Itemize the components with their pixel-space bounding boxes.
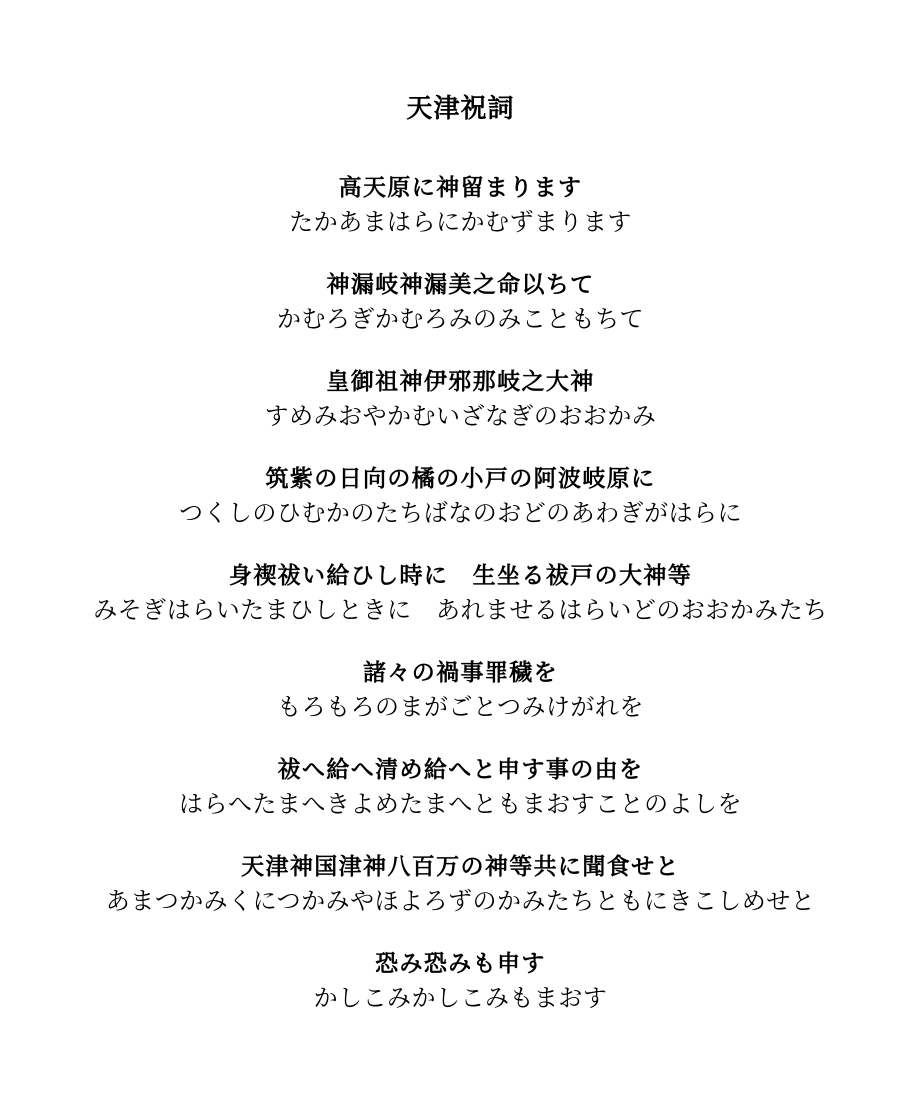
stanza: 天津神国津神八百万の神等共に聞食せと あまつかみくにつかみやほよろずのかみたちと… [0,850,921,918]
document-page: 天津祝詞 高天原に神留まります たかあまはらにかむずまります 神漏岐神漏美之命以… [0,0,921,1100]
stanza-kanji-line: 神漏岐神漏美之命以ちて [0,268,921,302]
stanza: 祓へ給へ清め給へと申す事の由を はらへたまへきよめたまへともまおすことのよしを [0,753,921,821]
stanza-kanji-line: 祓へ給へ清め給へと申す事の由を [0,753,921,787]
stanza-reading-line: もろもろのまがごとつみけがれを [0,690,921,724]
stanza-reading-line: たかあまはらにかむずまります [0,205,921,239]
stanza: 皇御祖神伊邪那岐之大神 すめみおやかむいざなぎのおおかみ [0,365,921,433]
stanza-kanji-line: 恐み恐みも申す [0,947,921,981]
stanza: 恐み恐みも申す かしこみかしこみもまおす [0,947,921,1015]
stanza-kanji-line: 高天原に神留まります [0,171,921,205]
stanza-reading-line: はらへたまへきよめたまへともまおすことのよしを [0,787,921,821]
stanza-kanji-line: 天津神国津神八百万の神等共に聞食せと [0,850,921,884]
stanza-kanji-line: 身禊祓い給ひし時に 生坐る祓戸の大神等 [0,559,921,593]
stanza: 高天原に神留まります たかあまはらにかむずまります [0,171,921,239]
stanza-reading-line: つくしのひむかのたちばなのおどのあわぎがはらに [0,496,921,530]
stanza-kanji-line: 皇御祖神伊邪那岐之大神 [0,365,921,399]
stanza: 筑紫の日向の橘の小戸の阿波岐原に つくしのひむかのたちばなのおどのあわぎがはらに [0,462,921,530]
stanza-reading-line: すめみおやかむいざなぎのおおかみ [0,399,921,433]
stanza-reading-line: かしこみかしこみもまおす [0,981,921,1015]
stanza-kanji-line: 筑紫の日向の橘の小戸の阿波岐原に [0,462,921,496]
stanza: 身禊祓い給ひし時に 生坐る祓戸の大神等 みそぎはらいたまひしときに あれませるは… [0,559,921,627]
stanza-reading-line: みそぎはらいたまひしときに あれませるはらいどのおおかみたち [0,593,921,627]
stanza-kanji-line: 諸々の禍事罪穢を [0,656,921,690]
page-title: 天津祝詞 [0,88,921,125]
stanza-reading-line: かむろぎかむろみのみこともちて [0,302,921,336]
stanza: 諸々の禍事罪穢を もろもろのまがごとつみけがれを [0,656,921,724]
stanza-reading-line: あまつかみくにつかみやほよろずのかみたちともにきこしめせと [0,884,921,918]
stanza: 神漏岐神漏美之命以ちて かむろぎかむろみのみこともちて [0,268,921,336]
